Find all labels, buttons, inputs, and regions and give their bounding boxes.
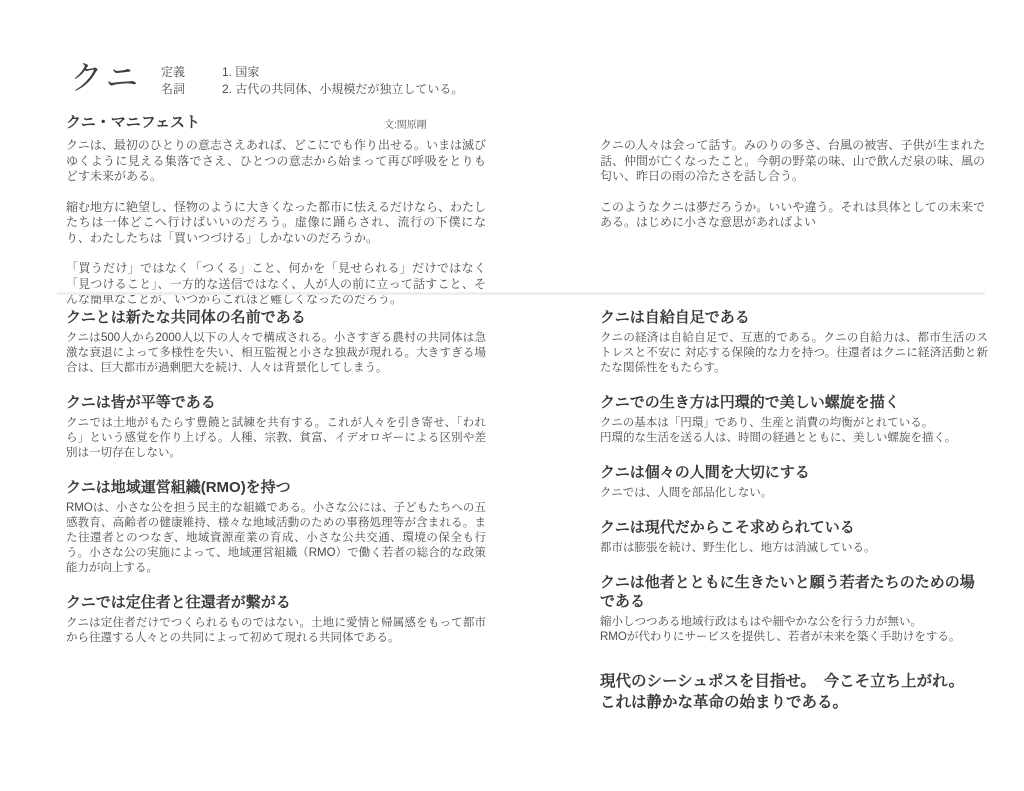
section-heading: クニでは定住者と往還者が繋がる <box>66 593 486 612</box>
intro-paragraph: クニは、最初のひとりの意志さえあれば、どこにでも作り出せる。いまは滅びゆくように… <box>66 138 486 185</box>
intro-paragraph: クニの人々は会って話す。みのりの多さ、台風の被害、子供が生まれた話、仲間が亡くな… <box>600 138 985 185</box>
section-heading: クニは自給自足である <box>600 308 988 327</box>
page-title: クニ <box>70 52 141 99</box>
section-heading: クニは現代だからこそ求められている <box>600 518 988 537</box>
section-heading: クニは個々の人間を大切にする <box>600 463 988 482</box>
section-body: クニは定住者だけでつくられるものではない。土地に愛情と帰属感をもって都市から往還… <box>66 616 486 646</box>
manifesto-section: クニは皆が平等である クニでは土地がもたらす豊饒と試練を共有する。これが人々を引… <box>66 393 486 461</box>
section-heading: クニとは新たな共同体の名前である <box>66 308 486 327</box>
definition-list: 1. 国家 2. 古代の共同体、小規模だが独立している。 <box>222 64 463 98</box>
definition-term-label: 定義 <box>161 64 185 81</box>
section-heading: クニは皆が平等である <box>66 393 486 412</box>
manifesto-title: クニ・マニフェスト <box>66 111 200 132</box>
section-body: クニでは、人間を部品化しない。 <box>600 486 988 501</box>
manifesto-section: クニは地域運営組織(RMO)を持つ RMOは、小さな公を担う民主的な組織である。… <box>66 478 486 576</box>
intro-paragraph: このようなクニは夢だろうか。いいや違う。それは具体としての未来である。はじめに小… <box>600 200 985 231</box>
definition-item: 2. 古代の共同体、小規模だが独立している。 <box>222 81 463 98</box>
manifesto-section: クニは現代だからこそ求められている 都市は膨張を続け、野生化し、地方は消滅してい… <box>600 518 988 556</box>
intro-column-right: クニの人々は会って話す。みのりの多さ、台風の被害、子供が生まれた話、仲間が亡くな… <box>600 138 985 246</box>
closing-statement: 現代のシーシュポスを目指せ。 今こそ立ち上がれ。 これは静かな革命の始まりである… <box>600 671 988 713</box>
section-body: クニの経済は自給自足で、互恵的である。クニの自給力は、都市生活のストレスと不安に… <box>600 331 988 376</box>
manifesto-section: クニは自給自足である クニの経済は自給自足で、互恵的である。クニの自給力は、都市… <box>600 308 988 376</box>
sections-column-left: クニとは新たな共同体の名前である クニは500人から2000人以下の人々で構成さ… <box>66 308 486 663</box>
definition-item: 1. 国家 <box>222 64 463 81</box>
part-of-speech-label: 名詞 <box>161 81 185 98</box>
section-body: 縮小しつつある地域行政はもはや細やかな公を行う力が無い。 RMOが代わりにサービ… <box>600 615 988 645</box>
byline: 文:関原剛 <box>384 116 427 131</box>
intro-paragraph: 縮む地方に絶望し、怪物のように大きくなった都市に怯えるだけなら、わたしたちは一体… <box>66 200 486 247</box>
section-body: クニでは土地がもたらす豊饒と試練を共有する。これが人々を引き寄せ、「われら」とい… <box>66 416 486 461</box>
section-heading: クニは他者とともに生きたいと願う若者たちのための場である <box>600 573 988 611</box>
document-page: クニ 定義 名詞 1. 国家 2. 古代の共同体、小規模だが独立している。 クニ… <box>0 0 1024 791</box>
section-body: クニの基本は「円環」であり、生産と消費の均衡がとれている。 円環的な生活を送る人… <box>600 416 988 446</box>
section-body: クニは500人から2000人以下の人々で構成される。小さすぎる農村の共同体は急激… <box>66 331 486 376</box>
manifesto-section: クニでの生き方は円環的で美しい螺旋を描く クニの基本は「円環」であり、生産と消費… <box>600 393 988 446</box>
section-heading: クニは地域運営組織(RMO)を持つ <box>66 478 486 497</box>
intro-paragraph: 「買うだけ」ではなく「つくる」こと、何かを「見せられる」だけではなく「見つけるこ… <box>66 261 486 308</box>
section-heading: クニでの生き方は円環的で美しい螺旋を描く <box>600 393 988 412</box>
manifesto-section: クニは個々の人間を大切にする クニでは、人間を部品化しない。 <box>600 463 988 501</box>
manifesto-section: クニとは新たな共同体の名前である クニは500人から2000人以下の人々で構成さ… <box>66 308 486 376</box>
section-body: 都市は膨張を続け、野生化し、地方は消滅している。 <box>600 541 988 556</box>
definition-labels: 定義 名詞 <box>161 64 185 98</box>
horizontal-divider <box>57 292 985 295</box>
section-body: RMOは、小さな公を担う民主的な組織である。小さな公には、子どもたちへの五感教育… <box>66 501 486 576</box>
manifesto-section: クニは他者とともに生きたいと願う若者たちのための場である 縮小しつつある地域行政… <box>600 573 988 645</box>
manifesto-section: クニでは定住者と往還者が繋がる クニは定住者だけでつくられるものではない。土地に… <box>66 593 486 646</box>
sections-column-right: クニは自給自足である クニの経済は自給自足で、互恵的である。クニの自給力は、都市… <box>600 308 988 713</box>
